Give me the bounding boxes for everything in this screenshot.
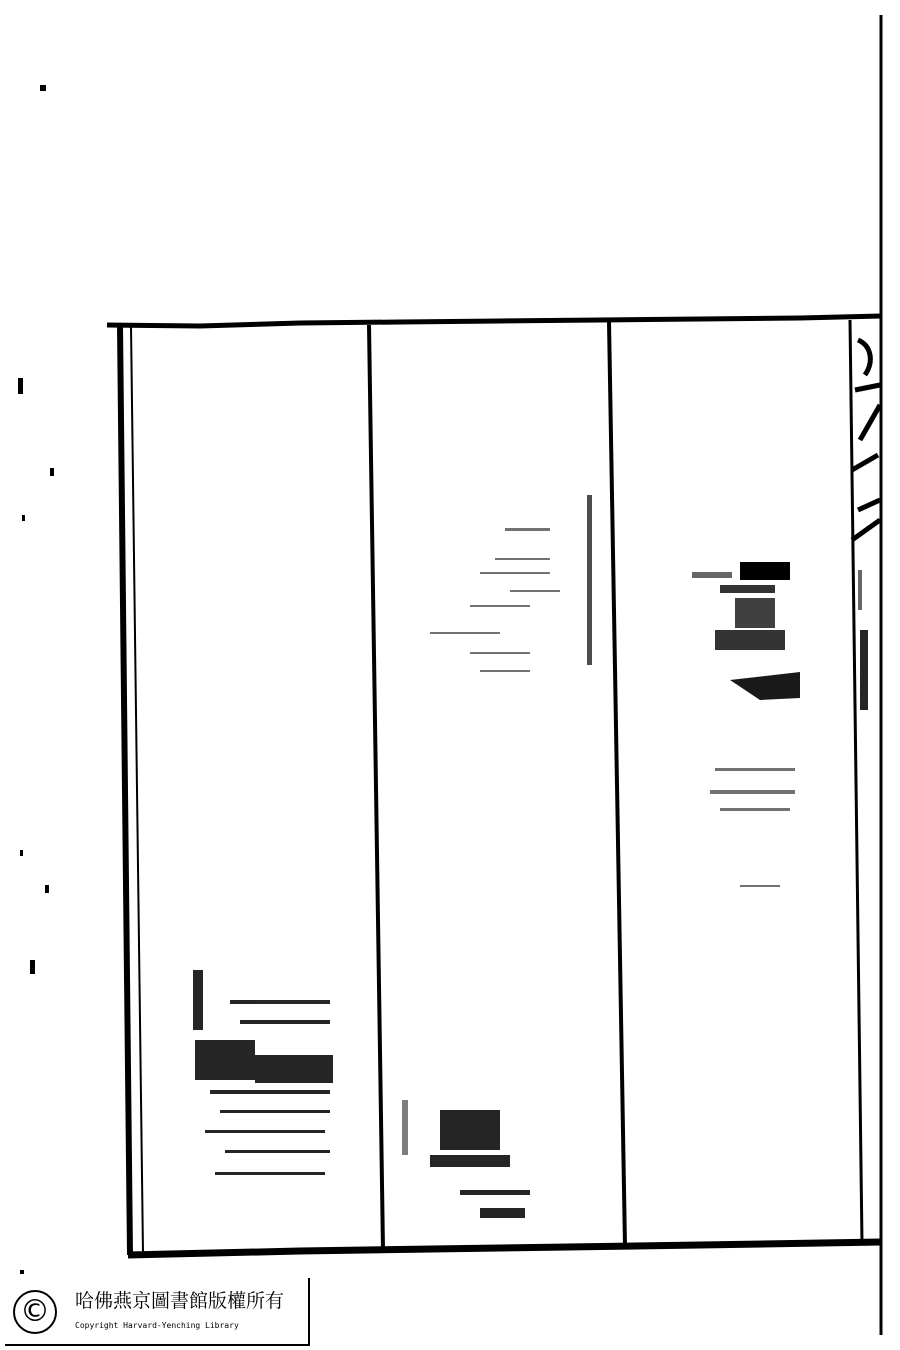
frame-left-outer bbox=[120, 326, 130, 1255]
frame-bottom-border bbox=[128, 1242, 881, 1255]
copyright-chinese-text: 哈佛燕京圖書館版權所有 bbox=[75, 1286, 284, 1313]
frame-left-inner bbox=[131, 326, 143, 1253]
copyright-stamp: © 哈佛燕京圖書館版權所有 Copyright Harvard-Yenching… bbox=[5, 1278, 310, 1346]
copyright-icon: © bbox=[13, 1290, 57, 1334]
scanned-page bbox=[0, 0, 900, 1350]
column-divider-1 bbox=[369, 325, 383, 1250]
bleed-through-marks bbox=[18, 85, 880, 1274]
column-divider-3 bbox=[850, 320, 862, 1243]
column-divider-2 bbox=[609, 322, 625, 1247]
frame-top-border bbox=[107, 316, 881, 326]
copyright-english-text: Copyright Harvard-Yenching Library bbox=[75, 1321, 239, 1330]
